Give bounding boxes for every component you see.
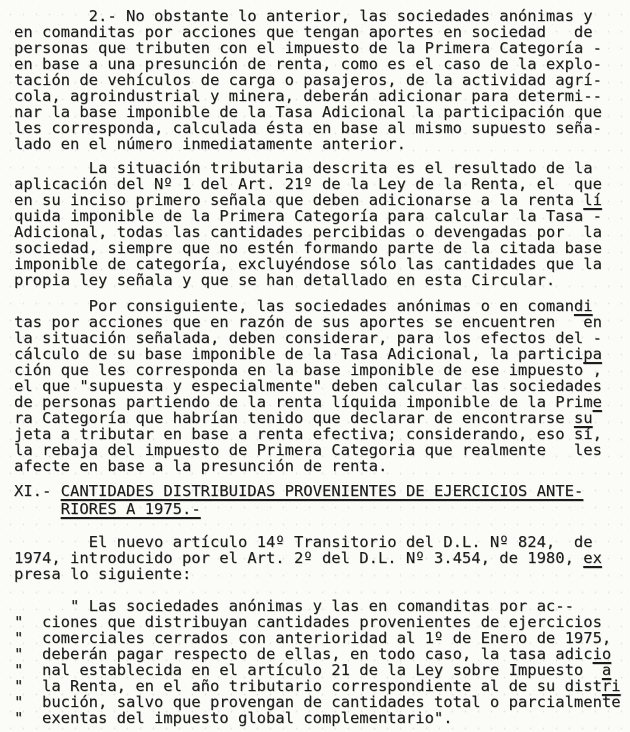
text-line: ción que les corresponda en la base impo… xyxy=(14,362,630,378)
text-line: el que "supuesta y especialmente" deben … xyxy=(14,378,630,394)
text-line: " deberán pagar respecto de ellas, en to… xyxy=(14,646,630,662)
text-line: afecte en base a la presunción de renta. xyxy=(14,458,630,474)
text-line: personas que tributen con el impuesto de… xyxy=(14,40,630,56)
text-line: 1974, introducido por el Art. 2º del D.L… xyxy=(14,550,630,566)
text-segment: presa lo siguiente: xyxy=(14,565,191,583)
text-line: en su inciso primero señala que deben ad… xyxy=(14,192,630,208)
text-line: jeta a tributar en base a renta efectiva… xyxy=(14,426,630,442)
paragraph-el-nuevo-articulo: El nuevo artículo 14º Transitorio del D.… xyxy=(14,534,630,582)
text-line: " la Renta, en el año tributario corresp… xyxy=(14,678,630,694)
text-segment: afecte en base a la presunción de renta. xyxy=(14,457,387,475)
text-line: ra Categoría que habrían tenido que decl… xyxy=(14,410,630,426)
text-line: " bución, salvo que provengan de cantida… xyxy=(14,694,630,710)
text-line: la rebaja del impuesto de Primera Catego… xyxy=(14,442,630,458)
underlined-text-segment: ex xyxy=(583,549,602,567)
text-line: propia ley señala y que se han detallado… xyxy=(14,272,630,288)
text-line: cola, agroindustrial y minera, deberán a… xyxy=(14,88,630,104)
text-line: nar la base imponible de la Tasa Adicion… xyxy=(14,104,630,120)
underlined-text-segment: CANTIDADES DISTRIBUIDAS PROVENIENTES DE … xyxy=(61,482,584,500)
text-line: " nal establecida en el artículo 21 de l… xyxy=(14,662,630,678)
text-line: " ciones que distribuyan cantidades prov… xyxy=(14,614,630,630)
text-line: en base a una presunción de renta, como … xyxy=(14,56,630,72)
heading-line: RIORES A 1975.- xyxy=(14,500,630,518)
paragraph-por-consiguiente: Por consiguiente, las sociedades anónima… xyxy=(14,298,630,474)
text-line: lado en el número inmediatamente anterio… xyxy=(14,136,630,152)
text-line: aplicación del Nº 1 del Art. 21º de la L… xyxy=(14,176,630,192)
text-segment: propia ley señala y que se han detallado… xyxy=(14,271,555,289)
text-line: de personas partiendo de la renta líquid… xyxy=(14,394,630,410)
text-line: la situación señalada, deben considerar,… xyxy=(14,330,630,346)
text-line: sociedad, siempre que no estén formando … xyxy=(14,240,630,256)
text-line: 2.- No obstante lo anterior, las socieda… xyxy=(14,8,630,24)
text-segment: lado en el número inmediatamente anterio… xyxy=(14,135,406,153)
text-line: Adicional, todas las cantidades percibid… xyxy=(14,224,630,240)
scanned-document-page: 2.- No obstante lo anterior, las socieda… xyxy=(0,0,630,732)
text-line: en comanditas por acciones que tengan ap… xyxy=(14,24,630,40)
text-line: " comerciales cerrados con anterioridad … xyxy=(14,630,630,646)
text-segment: XI.- xyxy=(14,482,61,500)
text-line: tación de vehículos de carga o pasajeros… xyxy=(14,72,630,88)
text-segment xyxy=(14,500,61,518)
text-line: quida imponible de la Primera Categoría … xyxy=(14,208,630,224)
text-line: les corresponda, calculada ésta en base … xyxy=(14,120,630,136)
heading-line: XI.- CANTIDADES DISTRIBUIDAS PROVENIENTE… xyxy=(14,482,630,500)
paragraph-2-no-obstante: 2.- No obstante lo anterior, las socieda… xyxy=(14,8,630,152)
text-line: Por consiguiente, las sociedades anónima… xyxy=(14,298,630,314)
text-line: La situación tributaria descrita es el r… xyxy=(14,160,630,176)
text-line: imponible de categoría, excluyéndose sól… xyxy=(14,256,630,272)
text-line: El nuevo artículo 14º Transitorio del D.… xyxy=(14,534,630,550)
text-line: cálculo de su base imponible de la Tasa … xyxy=(14,346,630,362)
paragraph-situacion-tributaria: La situación tributaria descrita es el r… xyxy=(14,160,630,288)
section-heading-xi: XI.- CANTIDADES DISTRIBUIDAS PROVENIENTE… xyxy=(14,482,630,518)
text-line: " exentas del impuesto global complement… xyxy=(14,710,630,726)
text-line: presa lo siguiente: xyxy=(14,566,630,582)
text-line: tas por acciones que en razón de sus apo… xyxy=(14,314,630,330)
underlined-text-segment: e xyxy=(593,393,602,411)
text-segment: " exentas del impuesto global complement… xyxy=(14,709,453,727)
quoted-article-text: " Las sociedades anónimas y las en coman… xyxy=(14,598,630,726)
underlined-text-segment: RIORES A 1975.- xyxy=(61,500,201,518)
text-line: " Las sociedades anónimas y las en coman… xyxy=(14,598,630,614)
